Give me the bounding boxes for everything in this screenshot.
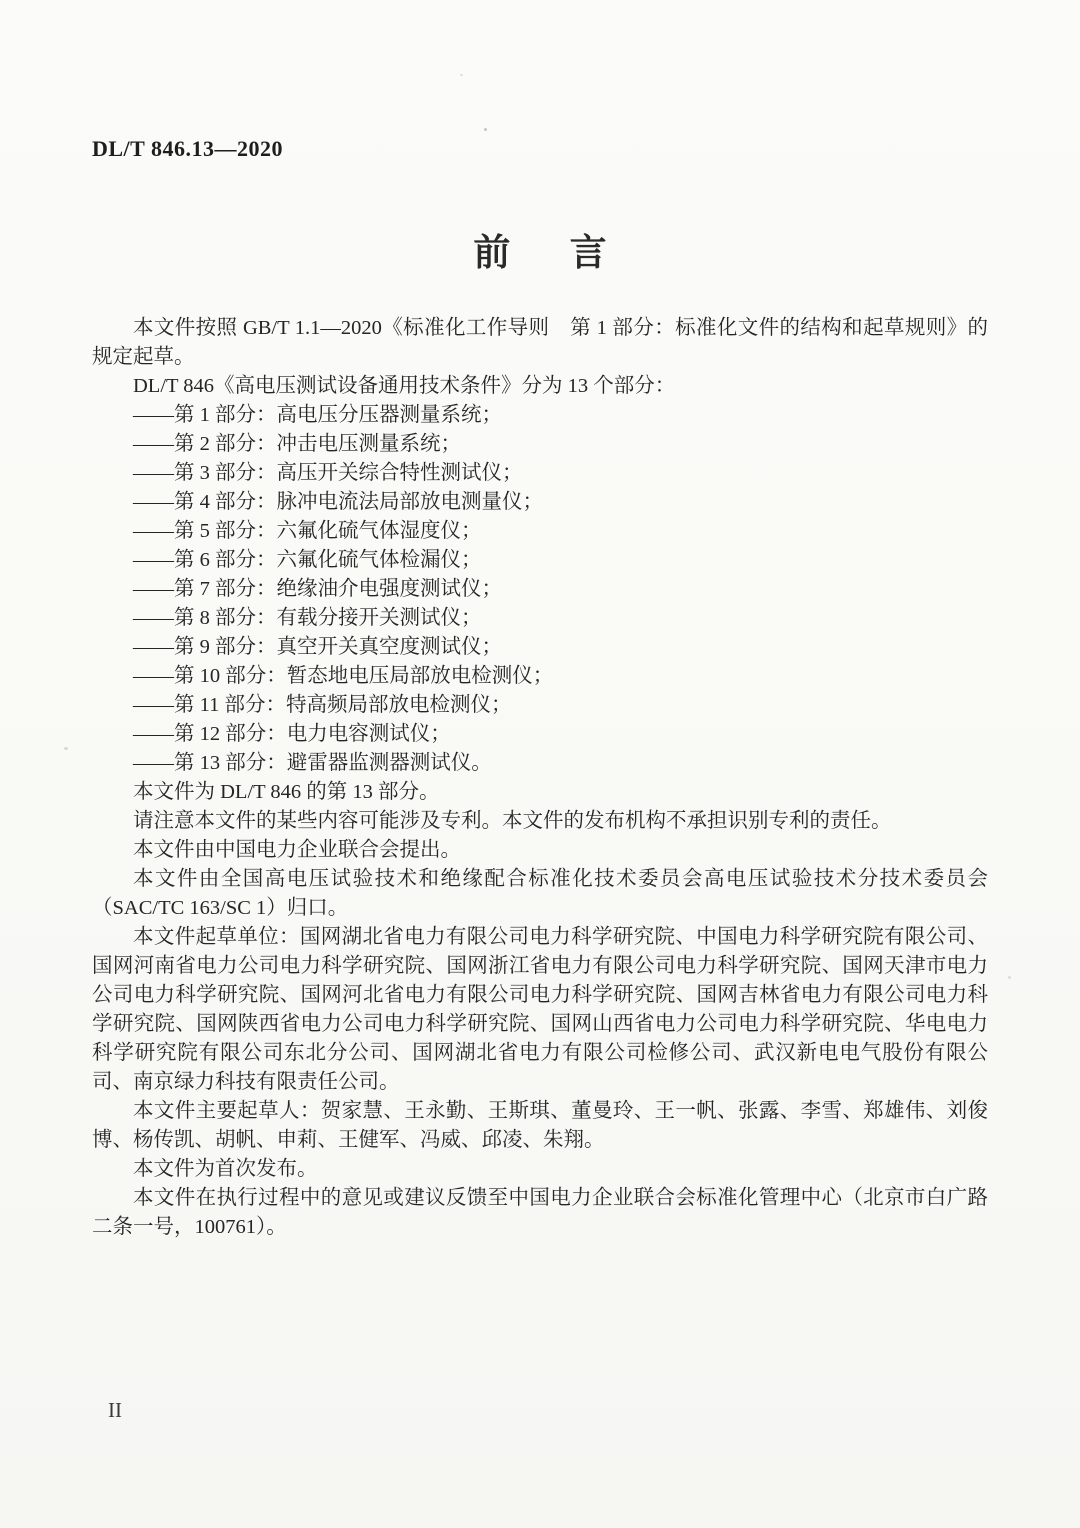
foreword-paragraph: 本文件由全国高电压试验技术和绝缘配合标准化技术委员会高电压试验技术分技术委员会（… (92, 865, 988, 923)
foreword-body: 本文件按照 GB/T 1.1—2020《标准化工作导则 第 1 部分：标准化文件… (92, 314, 988, 1242)
page-number: II (108, 1398, 122, 1423)
scan-artifact (460, 74, 463, 76)
parts-list-item: ——第 4 部分：脉冲电流法局部放电测量仪； (92, 488, 988, 517)
parts-list-item: ——第 10 部分：暂态地电压局部放电检测仪； (92, 662, 988, 691)
parts-list-item: ——第 7 部分：绝缘油介电强度测试仪； (92, 575, 988, 604)
parts-list-item: ——第 12 部分：电力电容测试仪； (92, 720, 988, 749)
foreword-paragraph: DL/T 846《高电压测试设备通用技术条件》分为 13 个部分： (92, 372, 988, 401)
foreword-paragraph: 本文件由中国电力企业联合会提出。 (92, 836, 988, 865)
foreword-paragraph: 本文件为首次发布。 (92, 1155, 988, 1184)
foreword-paragraph: 请注意本文件的某些内容可能涉及专利。本文件的发布机构不承担识别专利的责任。 (92, 807, 988, 836)
foreword-paragraph: 本文件为 DL/T 846 的第 13 部分。 (92, 778, 988, 807)
foreword-paragraph-drafters: 本文件主要起草人：贺家慧、王永勤、王斯琪、董曼玲、王一帆、张露、李雪、郑雄伟、刘… (92, 1097, 988, 1155)
foreword-paragraph: 本文件按照 GB/T 1.1—2020《标准化工作导则 第 1 部分：标准化文件… (92, 314, 988, 372)
parts-list-item: ——第 3 部分：高压开关综合特性测试仪； (92, 459, 988, 488)
parts-list-item: ——第 5 部分：六氟化硫气体湿度仪； (92, 517, 988, 546)
parts-list-item: ——第 9 部分：真空开关真空度测试仪； (92, 633, 988, 662)
parts-list: ——第 1 部分：高电压分压器测量系统； ——第 2 部分：冲击电压测量系统； … (92, 401, 988, 778)
parts-list-item: ——第 13 部分：避雷器监测器测试仪。 (92, 749, 988, 778)
foreword-paragraph: 本文件在执行过程中的意见或建议反馈至中国电力企业联合会标准化管理中心（北京市白广… (92, 1184, 988, 1242)
parts-list-item: ——第 1 部分：高电压分压器测量系统； (92, 401, 988, 430)
scan-artifact (64, 747, 68, 750)
foreword-title: 前言 (0, 222, 1080, 276)
parts-list-item: ——第 2 部分：冲击电压测量系统； (92, 430, 988, 459)
document-page: DL/T 846.13—2020 前言 本文件按照 GB/T 1.1—2020《… (0, 0, 1080, 1528)
standard-number-header: DL/T 846.13—2020 (92, 136, 283, 162)
scan-artifact (1008, 976, 1011, 979)
foreword-paragraph-drafting-units: 本文件起草单位：国网湖北省电力有限公司电力科学研究院、中国电力科学研究院有限公司… (92, 923, 988, 1097)
scan-artifact (484, 128, 487, 131)
parts-list-item: ——第 8 部分：有载分接开关测试仪； (92, 604, 988, 633)
parts-list-item: ——第 11 部分：特高频局部放电检测仪； (92, 691, 988, 720)
parts-list-item: ——第 6 部分：六氟化硫气体检漏仪； (92, 546, 988, 575)
